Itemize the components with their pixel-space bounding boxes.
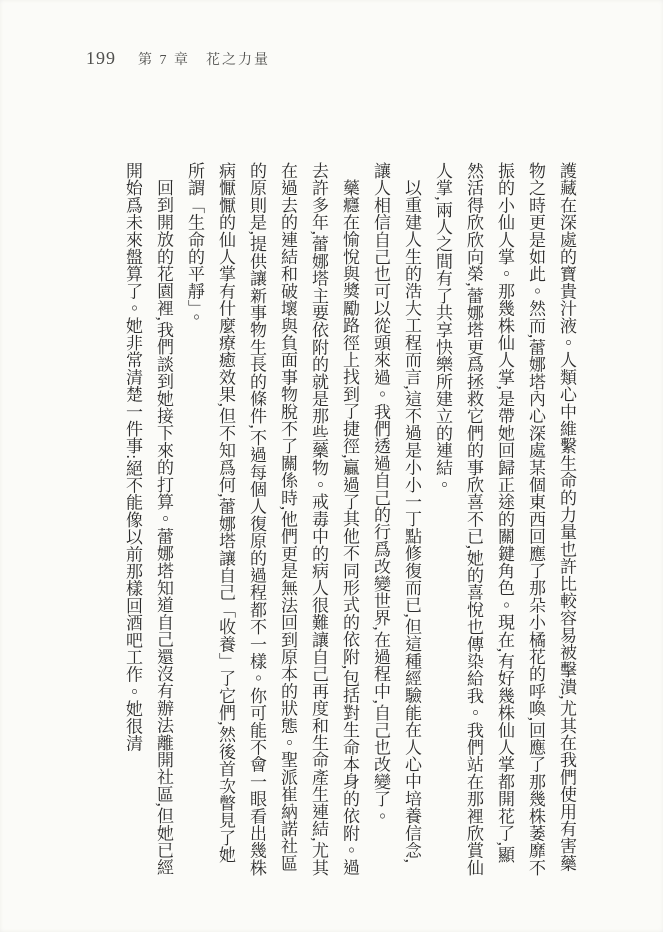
paragraph: 回到開放的花園裡,我們談到她接下來的打算。蕾娜塔知道自己還沒有辦法離開社區,但她…	[117, 162, 179, 880]
page-number: 199	[86, 48, 116, 69]
chapter-label: 第 7 章	[138, 49, 190, 69]
book-page: 199 第 7 章 花之力量 護藏在深處的寶貴汁液。人類心中維繫生命的力量也許比…	[0, 0, 663, 932]
page-header: 199 第 7 章 花之力量	[86, 48, 270, 69]
body-text: 護藏在深處的寶貴汁液。人類心中維繫生命的力量也許比較容易被擊潰,尤其在我們使用有…	[117, 162, 582, 880]
chapter-title: 花之力量	[206, 49, 270, 69]
paragraph: 護藏在深處的寶貴汁液。人類心中維繫生命的力量也許比較容易被擊潰,尤其在我們使用有…	[427, 162, 582, 880]
paragraph: 以重建人生的浩大工程而言,這不過是小小一丁點修復而已,但這種經驗能在人心中培養信…	[365, 162, 427, 880]
paragraph: 藥癮在愉悅與獎勵路徑上找到了捷徑,贏過了其他不同形式的依附,包括對生命本身的依附…	[179, 162, 365, 880]
